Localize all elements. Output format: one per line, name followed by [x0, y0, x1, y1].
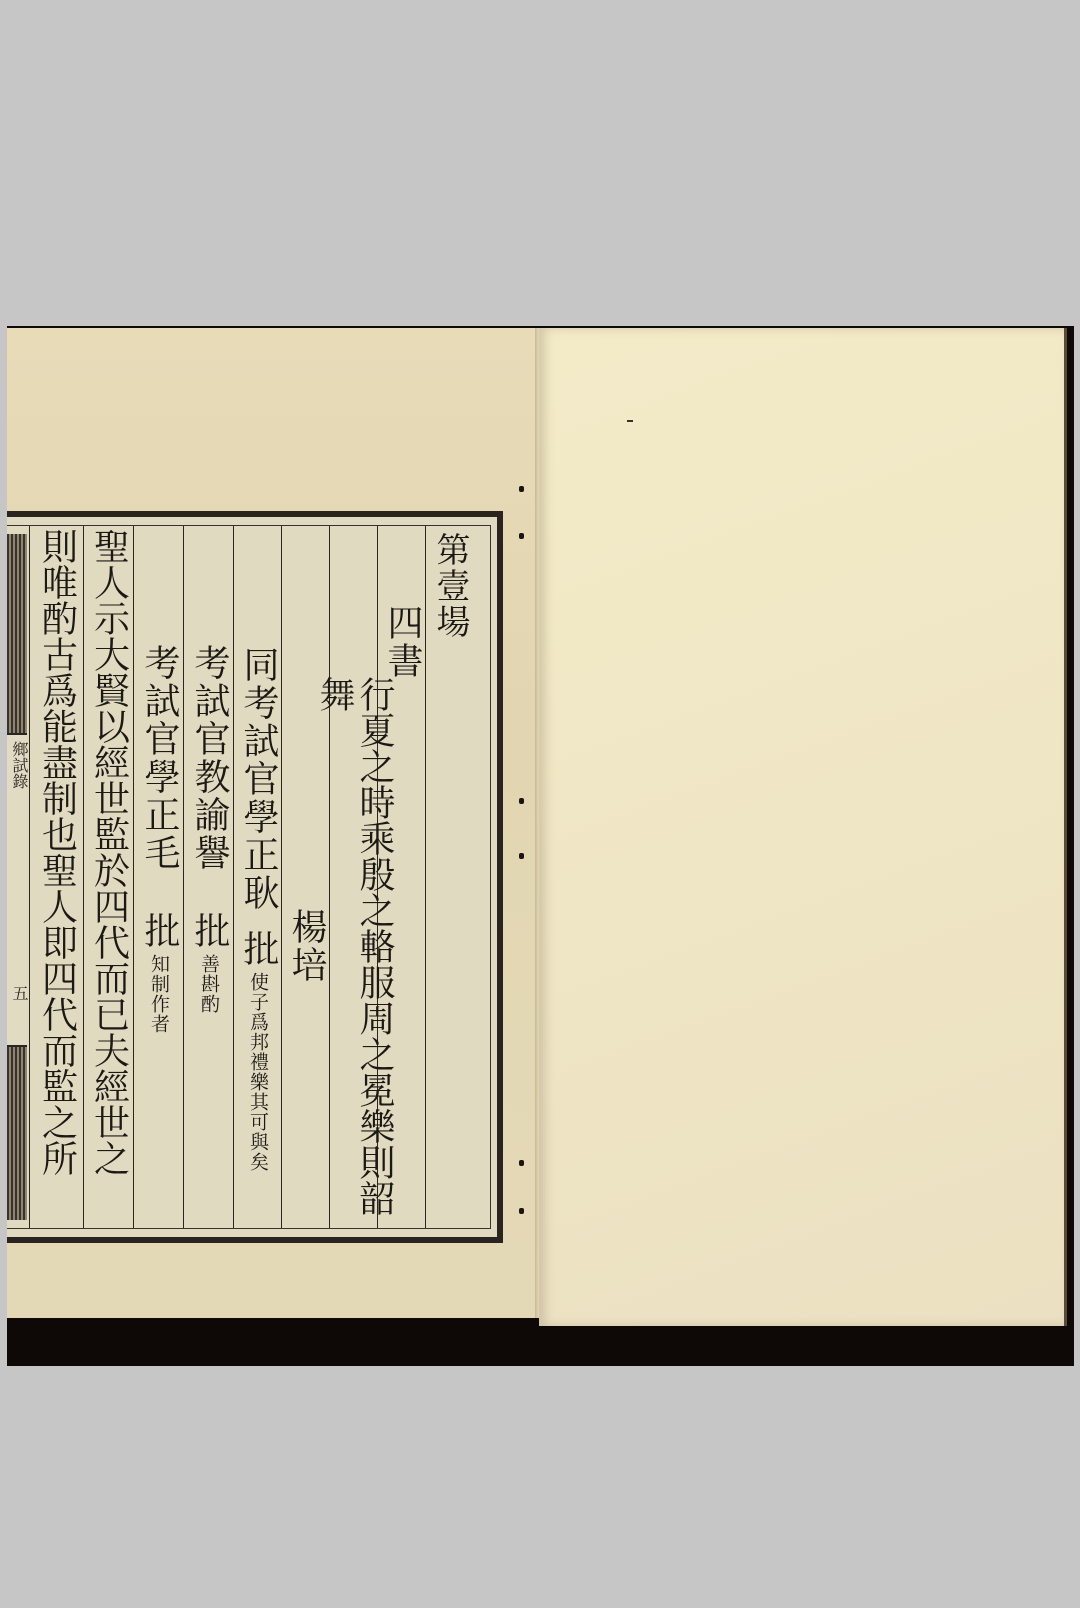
fold-title: 鄉試錄 [8, 741, 31, 789]
examiner-comment: 知制作者 [148, 954, 170, 1034]
section-heading: 四書 [381, 604, 423, 680]
comment-marker: 批 [138, 912, 180, 948]
binding-hole [519, 533, 524, 539]
column-6: 考試官教諭譽 批 善斟酌 [183, 526, 234, 1228]
column-7: 考試官學正毛 批 知制作者 [133, 526, 184, 1228]
printed-frame: 鄉試錄 五 第壹場 四書 行夏之時乘殷之輅服周之冕樂則韶舞 楊培 同考試官學正耿 [7, 511, 503, 1243]
column-8: 聖人示大賢以經世監於四代而已夫經世之 [83, 526, 134, 1228]
session-heading: 第壹場 [429, 532, 471, 640]
right-page-blank [539, 328, 1067, 1326]
essay-text: 聖人示大賢以經世監於四代而已夫經世之 [91, 528, 128, 1176]
candidate-name: 楊培 [285, 908, 327, 984]
examiner-title: 同考試官學正耿 [238, 646, 278, 912]
essay-text: 則唯酌古爲能盡制也聖人即四代而監之所 [39, 528, 76, 1176]
binding-hole [519, 1160, 524, 1166]
comment-marker: 批 [188, 912, 230, 948]
examiner-title: 考試官學正毛 [139, 644, 179, 872]
column-4: 楊培 [281, 526, 330, 1228]
fold-label: 鄉試錄 五 [7, 733, 27, 1047]
binding-hole [519, 798, 524, 804]
text-block: 鄉試錄 五 第壹場 四書 行夏之時乘殷之輅服周之冕樂則韶舞 楊培 同考試官學正耿 [7, 525, 491, 1229]
column-1: 第壹場 [425, 526, 474, 1228]
examiner-title: 考試官教諭譽 [189, 644, 229, 872]
column-9: 則唯酌古爲能盡制也聖人即四代而監之所 [29, 526, 84, 1228]
paper-speck [627, 420, 633, 422]
binding-hole [519, 1208, 524, 1214]
book-spread: 鄉試錄 五 第壹場 四書 行夏之時乘殷之輅服周之冕樂則韶舞 楊培 同考試官學正耿 [7, 326, 1074, 1366]
examiner-comment: 善斟酌 [198, 954, 220, 1014]
comment-marker: 批 [237, 930, 279, 966]
left-page: 鄉試錄 五 第壹場 四書 行夏之時乘殷之輅服周之冕樂則韶舞 楊培 同考試官學正耿 [7, 328, 537, 1318]
column-3: 行夏之時乘殷之輅服周之冕樂則韶舞 [329, 526, 378, 1228]
column-5: 同考試官學正耿 批 使子爲邦禮樂其可與矣 [233, 526, 282, 1228]
binding-hole [519, 853, 524, 859]
fold-page-number: 五 [8, 985, 31, 1001]
binding-hole [519, 486, 524, 492]
examiner-comment: 使子爲邦禮樂其可與矣 [247, 972, 269, 1172]
